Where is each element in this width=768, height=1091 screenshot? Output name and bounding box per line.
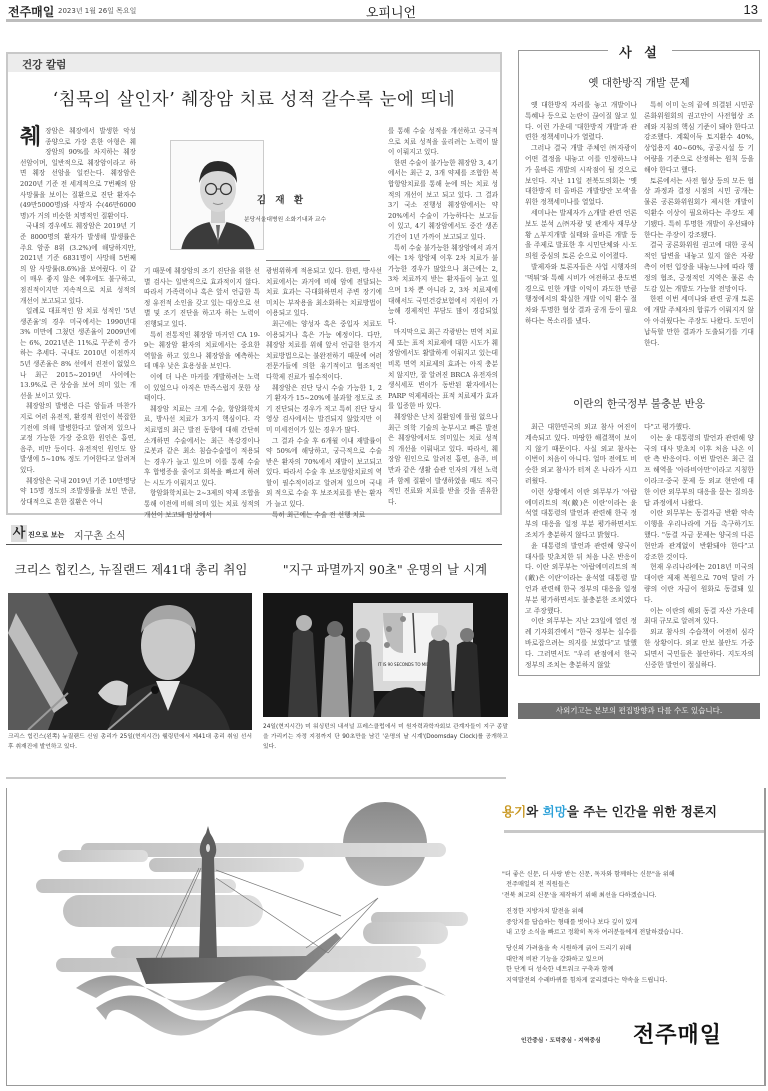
article-headline: ‘침묵의 살인자’ 췌장암 치료 성적 갈수록 눈에 띄네 <box>8 86 500 111</box>
house-advertisement: 용기와 희망을 주는 인간을 위한 정론지 "더 좋은 신문, 더 사랑 받는 … <box>6 788 768 1091</box>
press-conference-photo-icon <box>8 593 252 730</box>
ad-paragraph-2: 진정한 지방자치 발전을 위해 중앙지를 답습하는 형태를 벗어나 보다 깊이 … <box>502 907 764 938</box>
opinion-disclaimer-banner: 사외기고는 본보의 편집방향과 다를 수도 있습니다. <box>518 703 760 719</box>
article-column-4: 를 통해 수술 성적을 개선하고 궁극적으로 치료 성적을 올리려는 노력이 많… <box>388 126 498 507</box>
photo-title-2: "지구 파멸까지 90초" 운명의 날 시계 <box>262 560 508 578</box>
author-name: 김 재 환 <box>216 192 306 206</box>
photo-news-section: 사 진으로 보는 지구촌 소식 크리스 힙킨스, 뉴질랜드 제41대 총리 취임… <box>6 520 502 760</box>
ad-slogan: 용기와 희망을 주는 인간을 위한 정론지 <box>502 802 762 820</box>
section-title: 오피니언 <box>346 2 436 21</box>
editorial-2-column-1: 최근 대한민국의 외교 참사 여진이 계속되고 있다. 마땅한 해결책이 보이지… <box>525 422 637 670</box>
doomsday-clock-photo-icon: IT IS 90 SECONDS TO MIDNIGHT <box>263 593 508 717</box>
masthead: 전주매일 2023년 1월 26일 목요일 오피니언 13 <box>6 0 762 22</box>
health-column-header: 건강 칼럼 <box>8 52 500 72</box>
editorial-1-column-2: 특히 이미 논의 끝에 의결된 시민공론화위원회의 권고안이 사전협상 조례와 … <box>644 100 754 348</box>
ad-body-text: "더 좋은 신문, 더 사랑 받는 신문, 독자와 함께하는 신문"을 위해 전… <box>502 870 764 992</box>
photo-hipkins <box>8 593 252 730</box>
dropcap: 췌 <box>20 126 41 148</box>
ad-illustration <box>6 788 506 1086</box>
ad-slogan-divider <box>504 830 764 833</box>
ad-newspaper-logo: 전주매일 <box>633 1018 722 1049</box>
article-column-2: 기 때문에 췌장암의 조기 진단을 위한 선별 검사는 일반적으로 효과적이지 … <box>144 266 260 520</box>
article-column-3: 광범위하게 적용되고 있다. 한편, 방사선 치료에서는 과거에 비해 암에 전… <box>266 266 382 520</box>
photo-caption-1: 크리스 힙킨스(왼쪽) 뉴질랜드 신임 총리가 25일(현지시간) 웰링턴에서 … <box>8 732 252 752</box>
editorial-2-column-2: 다"고 평가했다. 이는 윤 대통령의 발언과 관련해 양국의 대사 맞초치 이… <box>644 422 754 670</box>
ad-paragraph-3: 당신의 가려움을 속 시원하게 긁어 드리기 위해 대안적 비판 기능을 강화하… <box>502 944 764 986</box>
ad-motto: 인간중심 · 도덕중심 · 지역중심 <box>521 1035 601 1044</box>
photo-news-header: 사 진으로 보는 지구촌 소식 <box>6 523 502 545</box>
photo-caption-2: 24일(현지시간) 미 워싱턴의 내셔널 프레스클럽에서 미 원자력과학자회보 … <box>263 722 508 752</box>
section-label: 건강 칼럼 <box>22 57 66 72</box>
pen-nib-ship-illustration-icon <box>6 788 506 1086</box>
editorial-1-column-1: 옛 대한방직 자리를 놓고 개발이나 특혜나 등으로 논란이 끊이질 않고 있다… <box>525 100 637 327</box>
photo-title-1: 크리스 힙킨스, 뉴질랜드 제41대 총리 취임 <box>6 560 256 578</box>
editorial-title-1: 옛 대한방직 개발 문제 <box>518 75 760 90</box>
article-column-1: 췌장암은 췌장에서 발생한 악성 종양으로 가장 흔한 아형은 췌장암의 90%… <box>20 126 136 507</box>
health-column-article: 건강 칼럼 ‘침묵의 살인자’ 췌장암 치료 성적 갈수록 눈에 띄네 김 재 … <box>6 52 502 515</box>
author-affiliation: 분당서울대병원 소화기내과 교수 <box>244 214 404 223</box>
author-divider <box>266 260 370 261</box>
issue-date: 2023년 1월 26일 목요일 <box>58 6 136 16</box>
ad-paragraph-1: "더 좋은 신문, 더 사랑 받는 신문, 독자와 함께하는 신문"을 위해 전… <box>502 870 764 901</box>
photo-section-divider <box>6 777 506 779</box>
photo-doomsday-clock: IT IS 90 SECONDS TO MIDNIGHT <box>263 593 508 717</box>
editorial-title-2: 이란의 한국정부 불충분 반응 <box>518 396 760 411</box>
page-number: 13 <box>744 2 758 17</box>
newspaper-logo: 전주매일 <box>8 3 54 20</box>
